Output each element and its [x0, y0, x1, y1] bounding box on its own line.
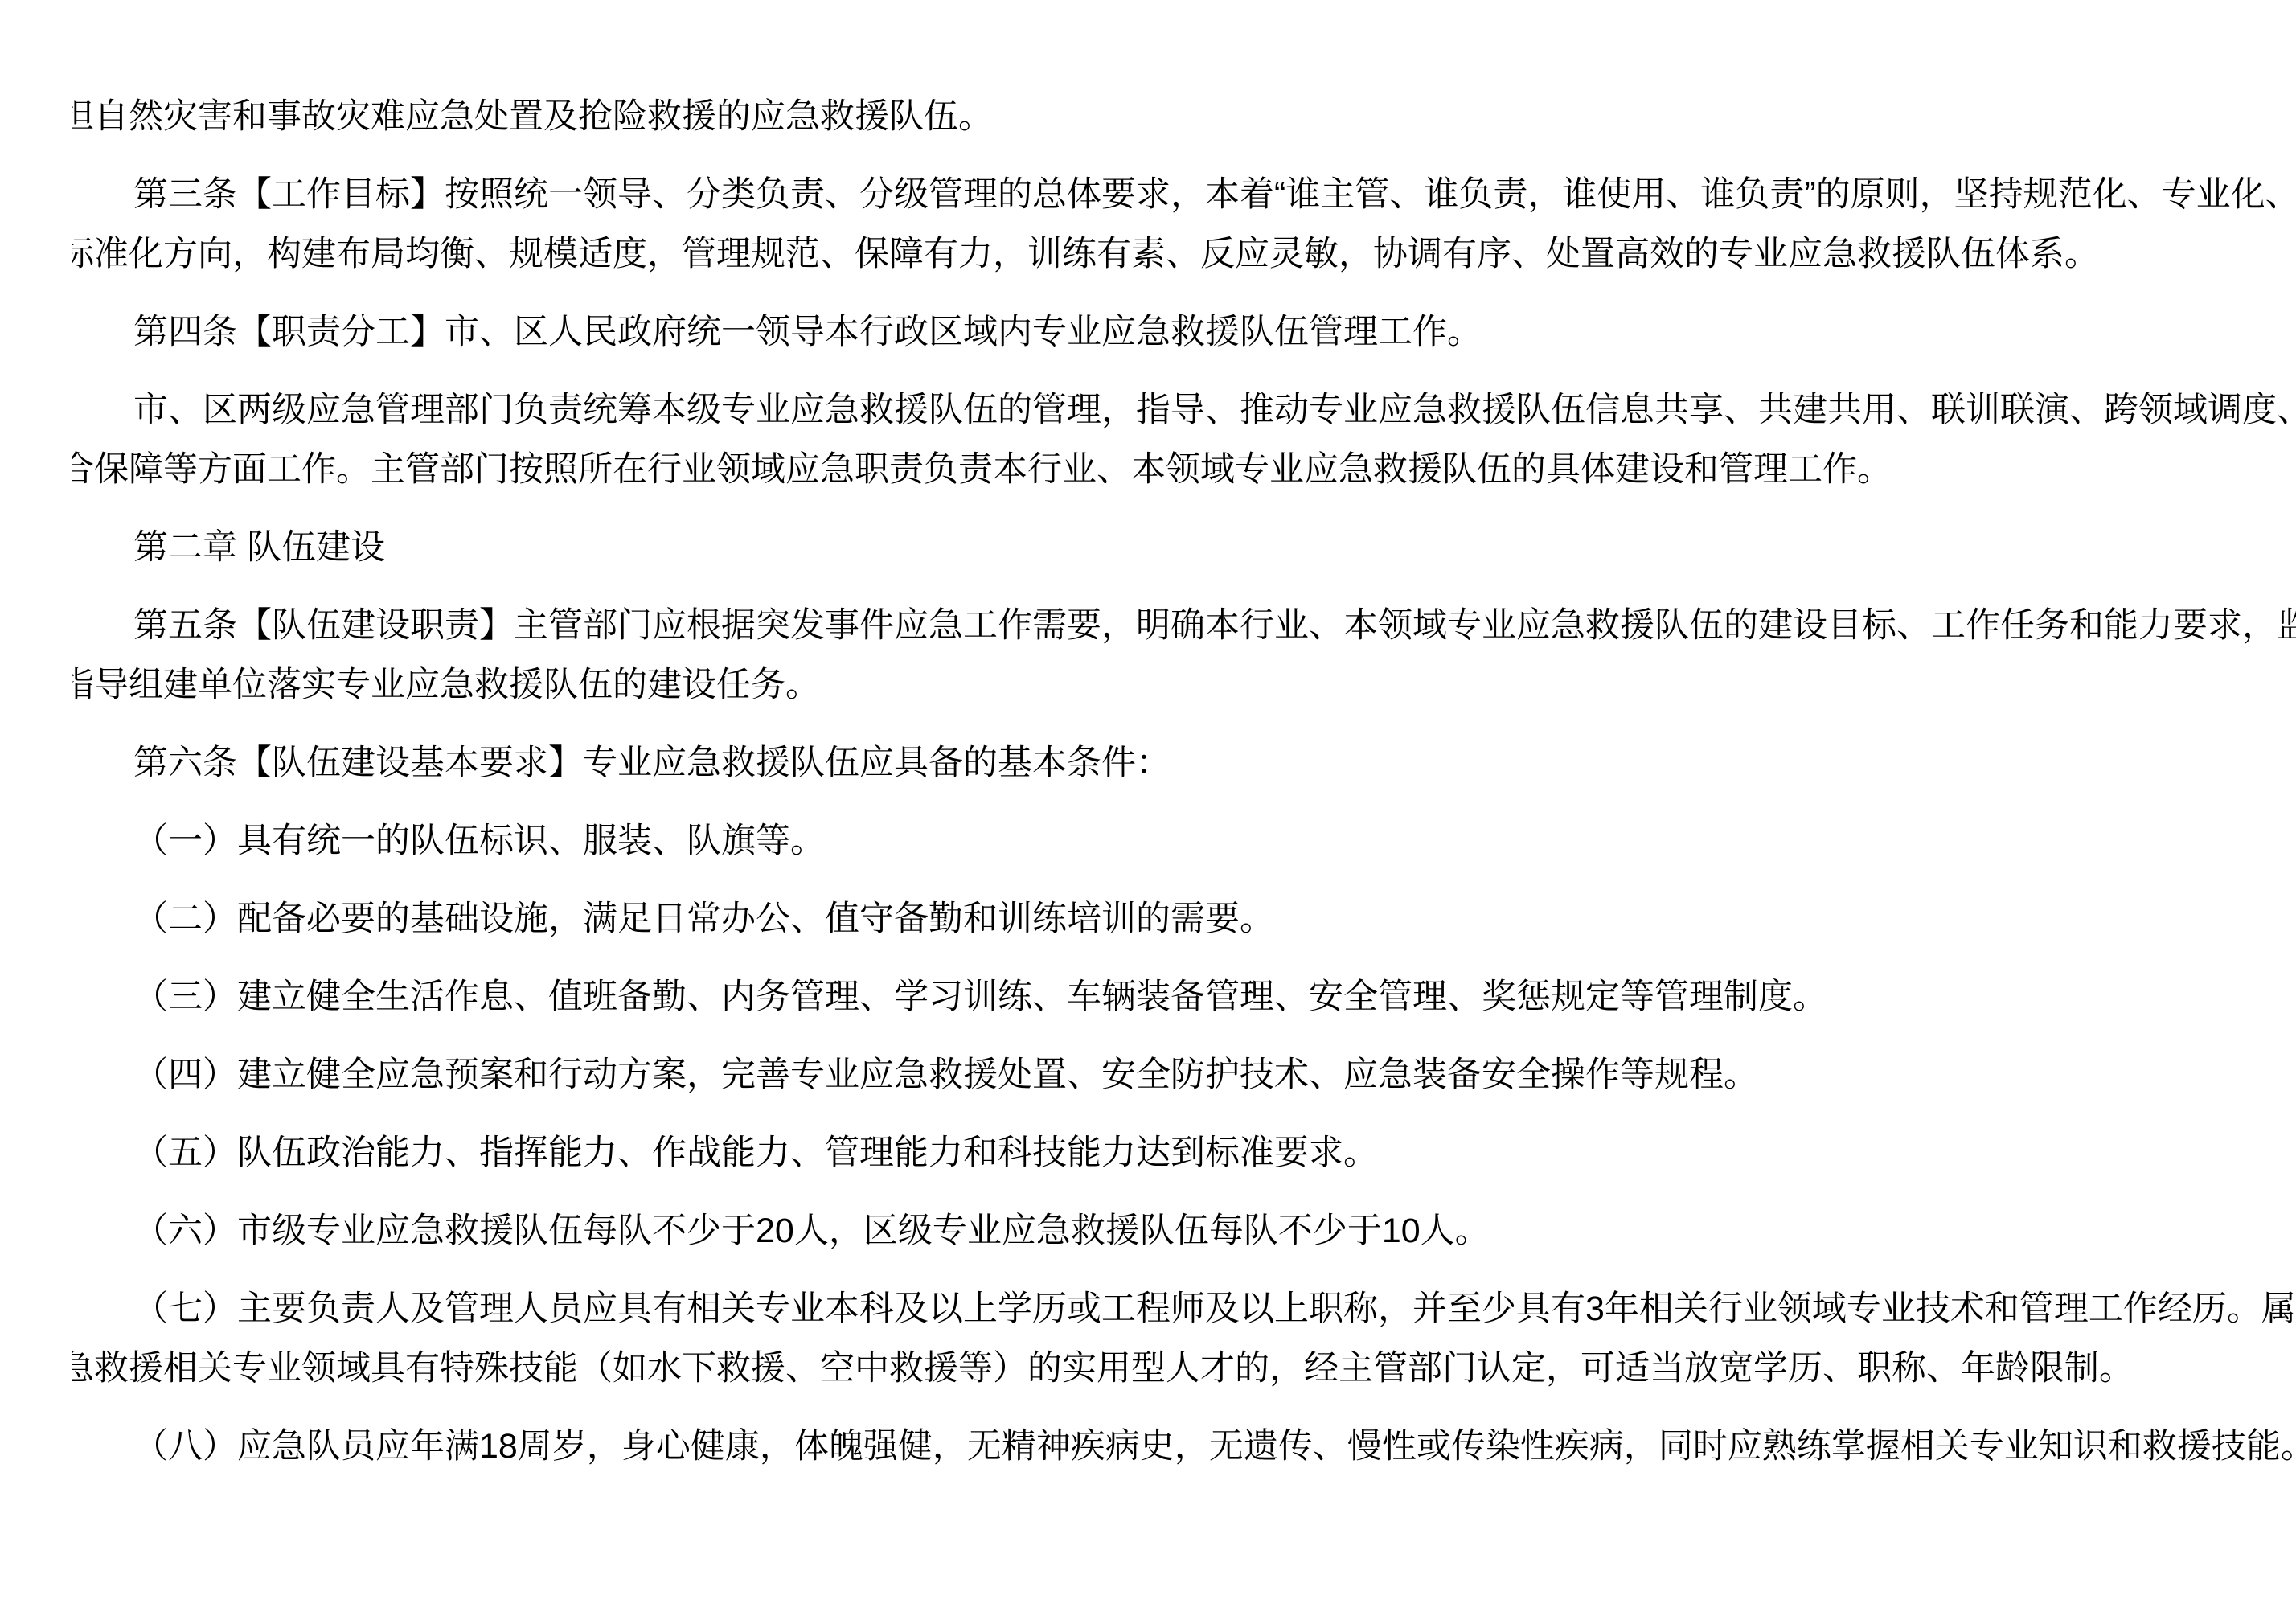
clipped-character: 急	[72, 1339, 94, 1398]
paragraph: （六）市级专业应急救援队伍每队不少于20人，区级专业应急救援队伍每队不少于10人…	[72, 1201, 2296, 1261]
clipped-character: 担	[72, 87, 94, 146]
paragraph: 第六条【队伍建设基本要求】专业应急救援队伍应具备的基本条件：	[72, 733, 2296, 793]
text-line: 第五条【队伍建设职责】主管部门应根据突发事件应急工作需要，明确本行业、本领域专业…	[72, 596, 2296, 655]
paragraph: 市、区两级应急管理部门负责统筹本级专业应急救援队伍的管理，指导、推动专业应急救援…	[72, 380, 2296, 499]
paragraph: （二）配备必要的基础设施，满足日常办公、值守备勤和训练培训的需要。	[72, 889, 2296, 949]
text-line: 第六条【队伍建设基本要求】专业应急救援队伍应具备的基本条件：	[72, 733, 2296, 793]
clipped-character: 标	[72, 224, 94, 284]
paragraph: 第五条【队伍建设职责】主管部门应根据突发事件应急工作需要，明确本行业、本领域专业…	[72, 596, 2296, 715]
text-line: 指导组建单位落实专业应急救援队伍的建设任务。	[72, 655, 2296, 715]
text-line: （二）配备必要的基础设施，满足日常办公、值守备勤和训练培训的需要。	[72, 889, 2296, 949]
paragraph: 第二章 队伍建设	[72, 518, 2296, 577]
text-line: （五）队伍政治能力、指挥能力、作战能力、管理能力和科技能力达到标准要求。	[72, 1123, 2296, 1183]
text-line: 合保障等方面工作。主管部门按照所在行业领域应急职责负责本行业、本领域专业应急救援…	[72, 440, 2296, 499]
text-line: （三）建立健全生活作息、值班备勤、内务管理、学习训练、车辆装备管理、安全管理、奖…	[72, 967, 2296, 1027]
paragraph: （四）建立健全应急预案和行动方案，完善专业应急救援处置、安全防护技术、应急装备安…	[72, 1045, 2296, 1105]
text-line: （七）主要负责人及管理人员应具有相关专业本科及以上学历或工程师及以上职称，并至少…	[72, 1279, 2296, 1339]
text-line: 标准化方向，构建布局均衡、规模适度，管理规范、保障有力，训练有素、反应灵敏，协调…	[72, 224, 2296, 284]
text-line: 第二章 队伍建设	[72, 518, 2296, 577]
paragraph: （五）队伍政治能力、指挥能力、作战能力、管理能力和科技能力达到标准要求。	[72, 1123, 2296, 1183]
paragraph: 第四条【职责分工】市、区人民政府统一领导本行政区域内专业应急救援队伍管理工作。	[72, 302, 2296, 362]
paragraph: （八）应急队员应年满18周岁，身心健康，体魄强健，无精神疾病史，无遗传、慢性或传…	[72, 1417, 2296, 1476]
text-line: （八）应急队员应年满18周岁，身心健康，体魄强健，无精神疾病史，无遗传、慢性或传…	[72, 1417, 2296, 1476]
paragraph: 第三条【工作目标】按照统一领导、分类负责、分级管理的总体要求，本着“谁主管、谁负…	[72, 165, 2296, 284]
text-line: 担自然灾害和事故灾难应急处置及抢险救援的应急救援队伍。	[72, 87, 2296, 146]
text-line: （六）市级专业应急救援队伍每队不少于20人，区级专业应急救援队伍每队不少于10人…	[72, 1201, 2296, 1261]
text-line: （一）具有统一的队伍标识、服装、队旗等。	[72, 811, 2296, 871]
paragraph: （三）建立健全生活作息、值班备勤、内务管理、学习训练、车辆装备管理、安全管理、奖…	[72, 967, 2296, 1027]
clipped-character: 合	[72, 440, 94, 499]
paragraph: （七）主要负责人及管理人员应具有相关专业本科及以上学历或工程师及以上职称，并至少…	[72, 1279, 2296, 1398]
paragraph: （一）具有统一的队伍标识、服装、队旗等。	[72, 811, 2296, 871]
text-line: 第三条【工作目标】按照统一领导、分类负责、分级管理的总体要求，本着“谁主管、谁负…	[72, 165, 2296, 224]
text-line: （四）建立健全应急预案和行动方案，完善专业应急救援处置、安全防护技术、应急装备安…	[72, 1045, 2296, 1105]
paragraph: 担自然灾害和事故灾难应急处置及抢险救援的应急救援队伍。	[72, 87, 2296, 146]
text-line: 急救援相关专业领域具有特殊技能（如水下救援、空中救援等）的实用型人才的，经主管部…	[72, 1339, 2296, 1398]
text-line: 市、区两级应急管理部门负责统筹本级专业应急救援队伍的管理，指导、推动专业应急救援…	[72, 380, 2296, 440]
clipped-character: 指	[72, 655, 94, 715]
text-line: 第四条【职责分工】市、区人民政府统一领导本行政区域内专业应急救援队伍管理工作。	[72, 302, 2296, 362]
document-page: 担自然灾害和事故灾难应急处置及抢险救援的应急救援队伍。第三条【工作目标】按照统一…	[0, 87, 2296, 1495]
